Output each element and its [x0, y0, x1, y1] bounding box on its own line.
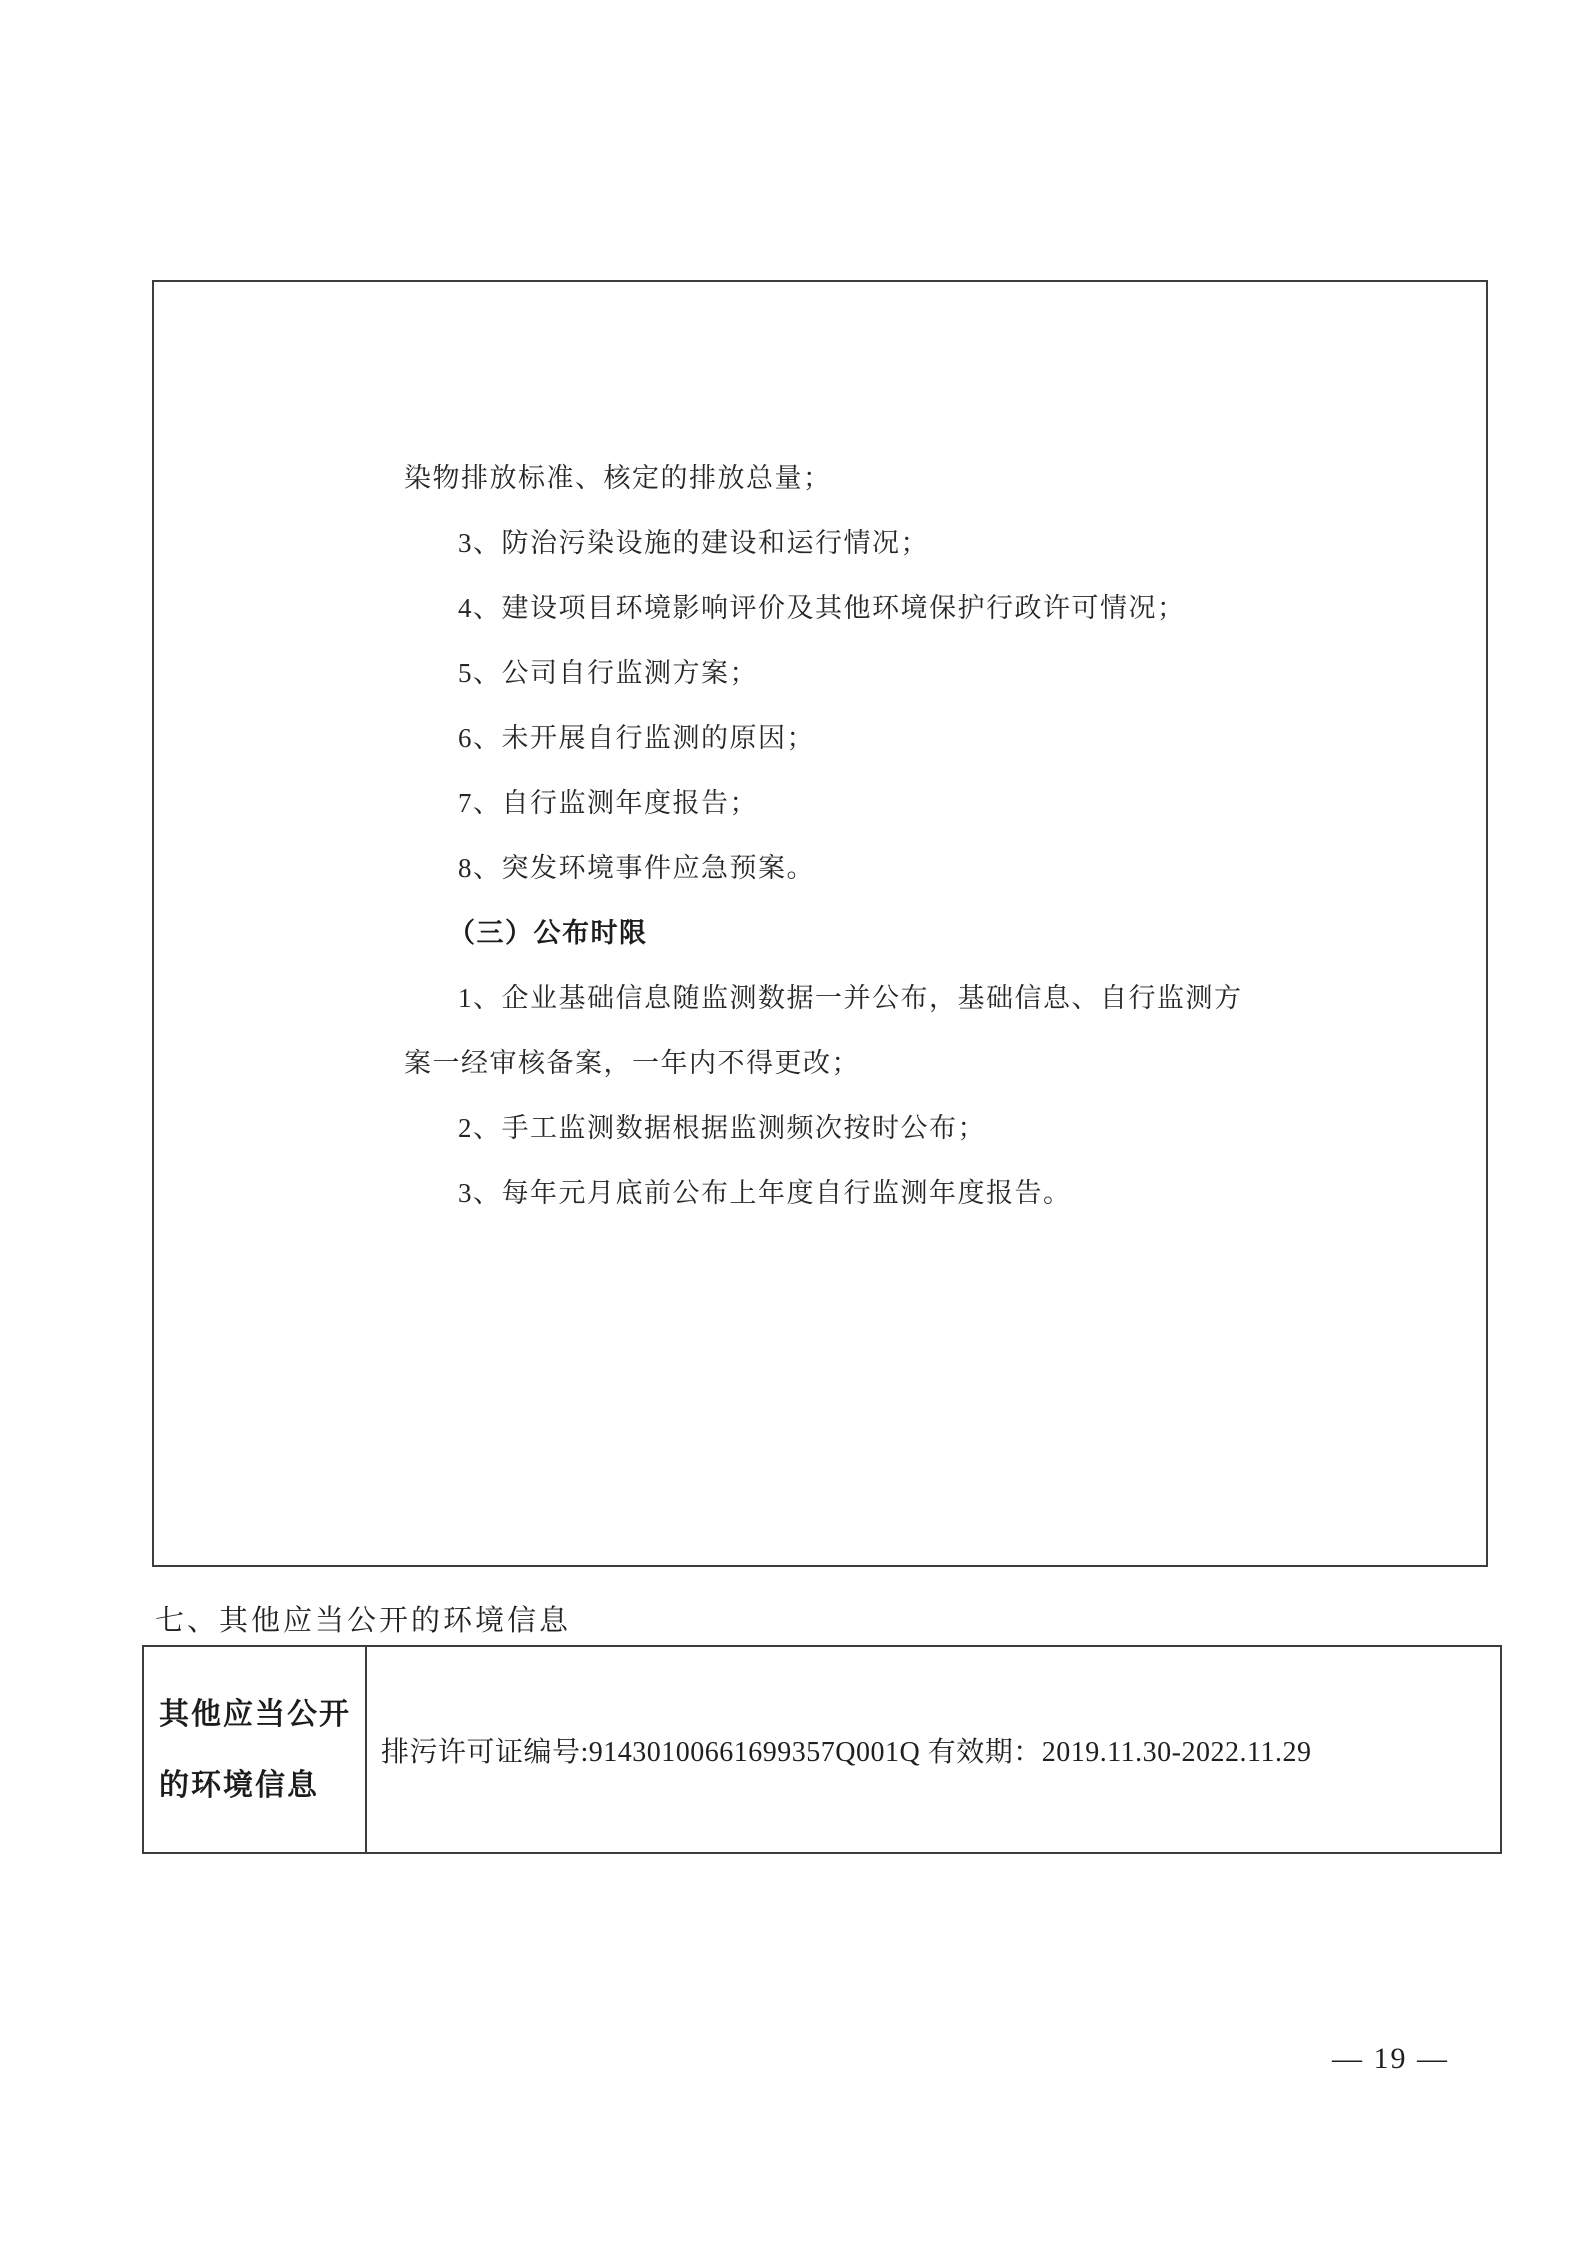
box-line: 3、防治污染设施的建设和运行情况； — [458, 521, 929, 560]
box-line: 5、公司自行监测方案； — [458, 651, 758, 690]
sub-section-heading: （三）公布时限 — [448, 911, 648, 950]
box-line: 6、未开展自行监测的原因； — [458, 716, 815, 755]
document-page: 染物排放标准、核定的排放总量； 3、防治污染设施的建设和运行情况； 4、建设项目… — [0, 0, 1587, 2245]
table-header-line-1: 其他应当公开 — [159, 1679, 365, 1750]
table-header-line-2: 的环境信息 — [159, 1750, 365, 1821]
page-number: — 19 — — [1332, 2042, 1449, 2076]
box-line: 1、企业基础信息随监测数据一并公布，基础信息、自行监测方 — [458, 976, 1243, 1015]
box-line: 案一经审核备案，一年内不得更改； — [404, 1041, 860, 1080]
permit-info-text: 排污许可证编号:91430100661699357Q001Q 有效期：2019.… — [381, 1730, 1311, 1770]
section-heading: 七、其他应当公开的环境信息 — [155, 1598, 571, 1639]
table-value-cell: 排污许可证编号:91430100661699357Q001Q 有效期：2019.… — [367, 1647, 1500, 1852]
box-line: 3、每年元月底前公布上年度自行监测年度报告。 — [458, 1171, 1072, 1210]
box-line: 4、建设项目环境影响评价及其他环境保护行政许可情况； — [458, 586, 1186, 625]
info-table: 其他应当公开 的环境信息 排污许可证编号:91430100661699357Q0… — [142, 1645, 1502, 1854]
box-line: 8、突发环境事件应急预案。 — [458, 846, 815, 885]
box-line: 染物排放标准、核定的排放总量； — [404, 456, 832, 495]
table-header-cell: 其他应当公开 的环境信息 — [144, 1647, 367, 1852]
box-line: 7、自行监测年度报告； — [458, 781, 758, 820]
box-line: 2、手工监测数据根据监测频次按时公布； — [458, 1106, 986, 1145]
